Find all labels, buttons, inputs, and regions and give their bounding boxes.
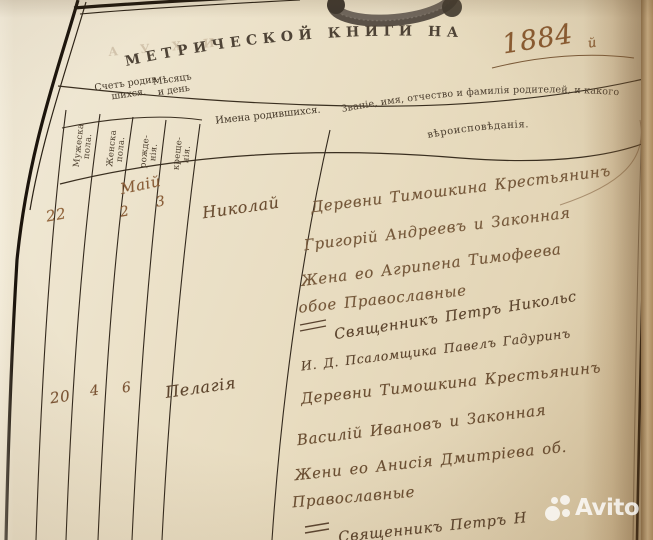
metric-book-photo: МЕТРИЧЕСКОЙ КНИГИ НА Званіе, имя, отчест… [0, 0, 653, 540]
header-date-baptism: креще- нія. [172, 136, 193, 171]
column-line [66, 114, 100, 540]
clergy-dash-mark [305, 523, 329, 533]
entry-birth-day: 4 [89, 382, 101, 399]
column-line [36, 110, 66, 540]
header-date-birth: рожде- нія. [139, 134, 160, 169]
frame-left-line [6, 0, 78, 540]
clergy-dash-mark [300, 320, 326, 331]
stamp-seal [327, 0, 462, 25]
column-line [162, 124, 200, 540]
entry-count: 20 [49, 387, 72, 408]
avito-watermark: Avito [545, 495, 651, 527]
frame-top-inner-line [80, 0, 300, 14]
entry-birth-day: 2 [119, 203, 131, 220]
entry-count: 22 [45, 204, 68, 225]
next-page-edge [641, 0, 653, 540]
entry-baptism-day: 3 [155, 193, 167, 210]
entry-baptism-day: 6 [121, 379, 133, 396]
avito-watermark-label: Avito [575, 495, 639, 521]
header-parents-line1: Званіе, имя, отчество и фамилія родителе… [341, 84, 620, 115]
header-parents-line2: вѣроисповѣданія. [427, 119, 530, 141]
